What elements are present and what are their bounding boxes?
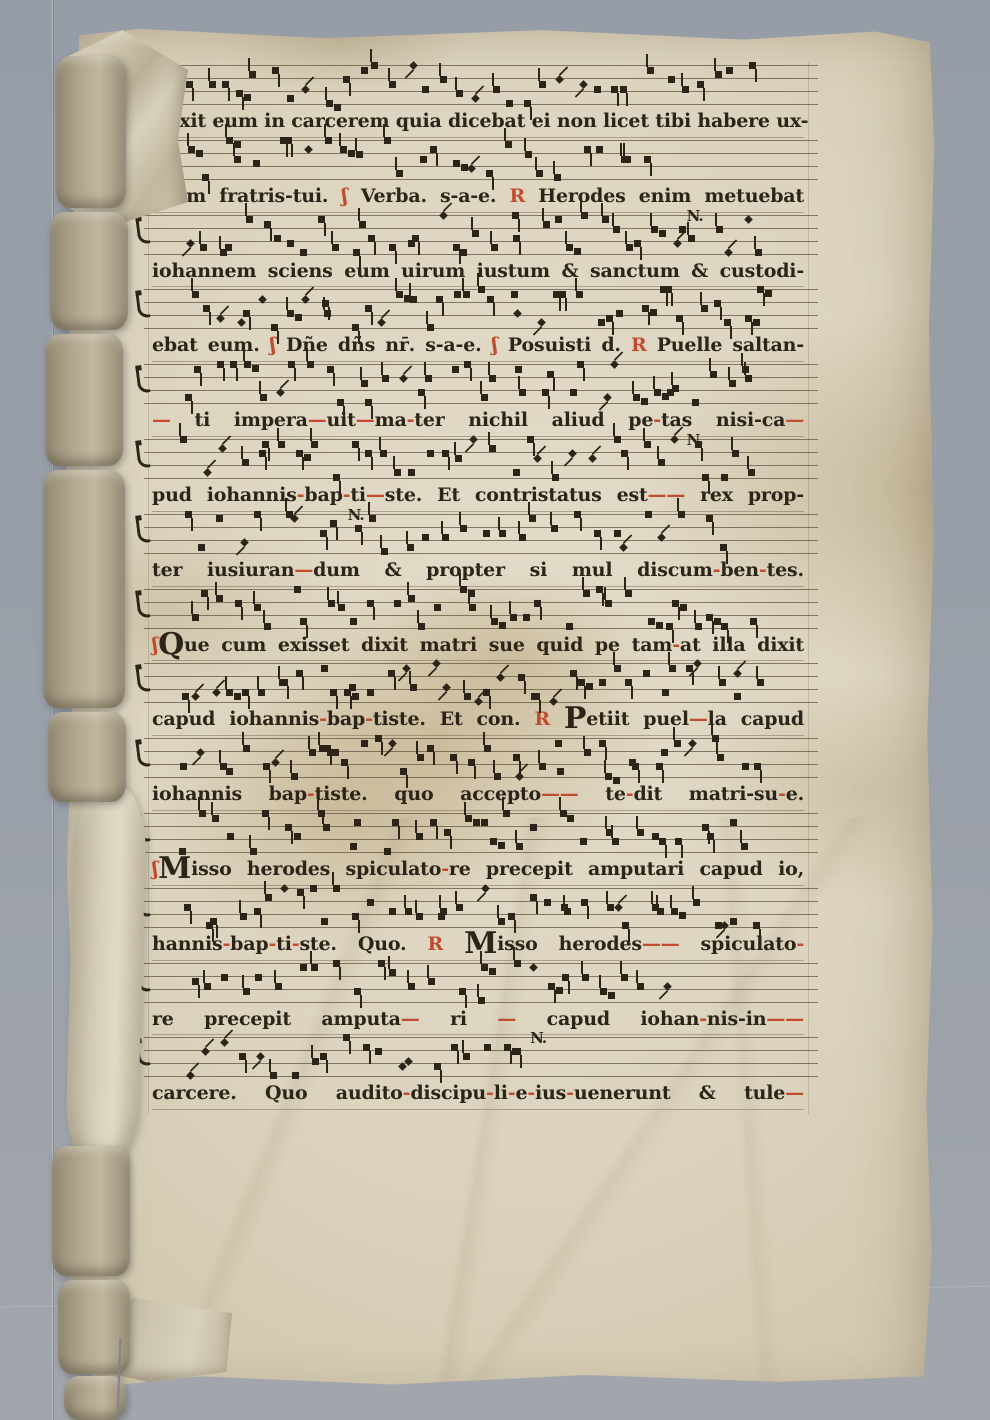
neume-icon bbox=[463, 1053, 470, 1060]
text-segment: — bbox=[689, 708, 708, 730]
neume-icon bbox=[297, 889, 304, 896]
neume-icon bbox=[579, 80, 588, 89]
text-segment: — bbox=[785, 1082, 804, 1104]
neume-icon bbox=[226, 768, 233, 775]
text-segment: - bbox=[566, 1082, 574, 1104]
neume-icon bbox=[742, 763, 749, 770]
neume-icon bbox=[715, 71, 722, 78]
neume-icon bbox=[410, 296, 417, 303]
neume-icon bbox=[533, 693, 540, 700]
text-segment: e bbox=[515, 1082, 527, 1104]
neume-icon bbox=[287, 240, 294, 247]
neume-icon bbox=[481, 884, 490, 893]
system: orem fratris-tui. ʃ Verba. s-a-e. R Hero… bbox=[152, 137, 804, 212]
neume-icon bbox=[513, 754, 520, 761]
neume-icon bbox=[203, 305, 210, 312]
binding-segment bbox=[45, 334, 123, 466]
text-line: capud iohannis-bap-tiste. Et con. R Peti… bbox=[152, 704, 804, 736]
neume-icon bbox=[534, 600, 541, 607]
text-segment: re precepit amputari capud io, bbox=[449, 858, 804, 880]
text-segment: - bbox=[653, 409, 661, 431]
text-segment: ti bbox=[276, 933, 292, 955]
neume-icon bbox=[184, 904, 191, 911]
neume-icon bbox=[745, 375, 752, 382]
custos-mark: N. bbox=[530, 1029, 546, 1047]
neume-icon bbox=[343, 1034, 350, 1041]
neume-icon bbox=[301, 85, 310, 94]
text-segment: dum & propter si mul discum bbox=[313, 559, 713, 581]
neume-icon bbox=[610, 360, 619, 369]
neume-icon bbox=[296, 670, 303, 677]
text-segment: dit matri-su bbox=[633, 783, 778, 805]
neume-icon bbox=[226, 689, 233, 696]
staff-line bbox=[144, 403, 818, 404]
neume-icon bbox=[430, 146, 437, 153]
neume-icon bbox=[237, 318, 246, 327]
neume-icon bbox=[625, 590, 632, 597]
neume-icon bbox=[489, 445, 496, 452]
staff-line bbox=[144, 179, 818, 180]
text-segment: carcere. Quo audito bbox=[152, 1082, 403, 1104]
neume-icon bbox=[750, 618, 757, 625]
text-segment: bap bbox=[230, 933, 268, 955]
neume-icon bbox=[198, 544, 205, 551]
neume-icon bbox=[225, 244, 232, 251]
text-segment: capud iohan bbox=[516, 1008, 699, 1030]
neume-icon bbox=[330, 689, 337, 696]
neume-icon bbox=[378, 960, 385, 967]
neume-icon bbox=[275, 983, 282, 990]
neume-icon bbox=[600, 988, 607, 995]
staff-line bbox=[144, 527, 818, 528]
neume-icon bbox=[637, 829, 644, 836]
neume-icon bbox=[332, 244, 339, 251]
neume-icon bbox=[693, 899, 700, 906]
staff-line bbox=[144, 553, 818, 554]
neume-icon bbox=[741, 843, 748, 850]
neume-icon bbox=[352, 441, 359, 448]
neume-icon bbox=[333, 960, 340, 967]
system: N.ter iusiuran—dum & propter si mul disc… bbox=[152, 511, 804, 586]
neume-icon bbox=[236, 90, 243, 97]
staff-line bbox=[144, 91, 818, 92]
text-line: re precepit amputa— ri — capud iohan-nis… bbox=[152, 1004, 804, 1036]
neume-icon bbox=[580, 838, 587, 845]
text-segment: e. bbox=[786, 783, 804, 805]
neume-icon bbox=[463, 291, 470, 298]
neume-icon bbox=[732, 450, 739, 457]
neume-icon bbox=[456, 904, 463, 911]
neume-icon bbox=[559, 291, 566, 298]
neume-icon bbox=[671, 908, 678, 915]
neume-icon bbox=[651, 226, 658, 233]
neume-icon bbox=[643, 670, 650, 677]
text-segment: uenerunt & tule bbox=[574, 1082, 785, 1104]
neume-icon bbox=[203, 468, 212, 477]
neume-icon bbox=[744, 215, 753, 224]
staff-line bbox=[144, 777, 818, 778]
neume-icon bbox=[325, 137, 332, 144]
neume-icon bbox=[287, 95, 294, 102]
text-line: ter iusiuran—dum & propter si mul discum… bbox=[152, 555, 804, 587]
neume-icon bbox=[606, 315, 613, 322]
neume-icon bbox=[453, 244, 460, 251]
neume-icon bbox=[498, 918, 505, 925]
staff bbox=[152, 62, 804, 106]
neume-icon bbox=[576, 291, 583, 298]
neume-icon bbox=[460, 586, 467, 593]
neume-icon bbox=[566, 244, 573, 251]
neume-icon bbox=[285, 824, 292, 831]
neume-icon bbox=[555, 216, 562, 223]
text-line: ʃMisso herodes spiculato-re precepit amp… bbox=[152, 854, 804, 886]
binding-segment bbox=[50, 212, 128, 330]
neume-icon bbox=[697, 81, 704, 88]
neume-icon bbox=[648, 618, 655, 625]
neume-icon bbox=[469, 604, 476, 611]
neume-icon bbox=[416, 833, 423, 840]
neume-icon bbox=[658, 459, 665, 466]
neume-icon bbox=[310, 885, 317, 892]
neume-icon bbox=[499, 530, 506, 537]
text-segment: uit bbox=[327, 409, 356, 431]
neume-icon bbox=[199, 810, 206, 817]
neume-icon bbox=[186, 81, 193, 88]
binding-segment bbox=[52, 1146, 130, 1276]
neume-icon bbox=[726, 67, 733, 74]
staff-line bbox=[144, 166, 818, 167]
neume-icon bbox=[369, 515, 376, 522]
neume-icon bbox=[612, 838, 619, 845]
neume-icon bbox=[489, 375, 496, 382]
neume-icon bbox=[714, 300, 721, 307]
neume-icon bbox=[478, 997, 485, 1004]
neume-icon bbox=[400, 768, 407, 775]
neume-icon bbox=[594, 86, 601, 93]
neume-icon bbox=[324, 310, 331, 317]
neume-icon bbox=[291, 773, 298, 780]
neume-icon bbox=[513, 235, 520, 242]
staff-line bbox=[144, 254, 818, 255]
neume-icon bbox=[321, 665, 328, 672]
text-segment: ebat eum. bbox=[152, 334, 270, 356]
text-segment: ʃ bbox=[342, 185, 361, 207]
staff bbox=[152, 137, 804, 181]
neume-icon bbox=[405, 908, 412, 915]
neume-icon bbox=[442, 683, 451, 692]
neume-icon bbox=[496, 674, 505, 683]
text-segment: ue cum exisset dixit matri sue quid pe t… bbox=[184, 634, 672, 656]
neume-icon bbox=[450, 754, 457, 761]
system: ʃQue cum exisset dixit matri sue quid pe… bbox=[152, 586, 804, 661]
neume-icon bbox=[624, 156, 631, 163]
neume-icon bbox=[647, 67, 654, 74]
neume-icon bbox=[724, 319, 731, 326]
text-segment: Herodes enim metuebat bbox=[538, 185, 804, 207]
neume-icon bbox=[432, 660, 441, 669]
music-block: unxit eum in carcerem quia dicebat ei no… bbox=[152, 62, 804, 1109]
neume-icon bbox=[668, 76, 675, 83]
neume-icon bbox=[754, 763, 761, 770]
neume-icon bbox=[388, 670, 395, 677]
neume-icon bbox=[343, 76, 350, 83]
text-segment: - bbox=[222, 933, 230, 955]
neume-icon bbox=[642, 305, 649, 312]
text-segment: ma bbox=[375, 409, 407, 431]
staff-line bbox=[144, 478, 818, 479]
neume-icon bbox=[757, 679, 764, 686]
text-segment: - bbox=[759, 559, 767, 581]
text-segment: P bbox=[564, 701, 586, 736]
staff bbox=[152, 361, 804, 405]
neume-icon bbox=[666, 623, 673, 630]
neume-icon bbox=[377, 318, 386, 327]
system: ebat eum. ʃ Dñe dñs nr̄. s-a-e. ʃ Posuis… bbox=[152, 286, 804, 361]
neume-icon bbox=[456, 90, 463, 97]
neume-icon bbox=[361, 67, 368, 74]
neume-icon bbox=[427, 745, 434, 752]
text-segment: - bbox=[778, 783, 786, 805]
neume-icon bbox=[562, 974, 569, 981]
neume-icon bbox=[468, 759, 475, 766]
neume-icon bbox=[707, 833, 714, 840]
neume-icon bbox=[326, 100, 333, 107]
neume-icon bbox=[180, 763, 187, 770]
neume-icon bbox=[361, 380, 368, 387]
neume-icon bbox=[300, 964, 307, 971]
neume-icon bbox=[614, 436, 621, 443]
neume-icon bbox=[564, 908, 571, 915]
neume-icon bbox=[455, 455, 462, 462]
neume-icon bbox=[399, 374, 408, 383]
neume-icon bbox=[548, 983, 555, 990]
neume-icon bbox=[582, 974, 589, 981]
neume-icon bbox=[674, 740, 681, 747]
text-segment: bap bbox=[304, 484, 342, 506]
neume-icon bbox=[583, 590, 590, 597]
neume-icon bbox=[491, 618, 498, 625]
neume-icon bbox=[753, 922, 760, 929]
neume-icon bbox=[490, 838, 497, 845]
neume-icon bbox=[527, 436, 534, 443]
neume-icon bbox=[710, 371, 717, 378]
neume-icon bbox=[513, 469, 520, 476]
neume-icon bbox=[354, 988, 361, 995]
staff-line bbox=[144, 65, 818, 66]
neume-icon bbox=[729, 380, 736, 387]
neume-icon bbox=[262, 441, 269, 448]
neume-icon bbox=[271, 324, 278, 331]
neume-icon bbox=[367, 689, 374, 696]
neume-icon bbox=[191, 692, 200, 701]
neume-icon bbox=[416, 913, 423, 920]
staff: N. bbox=[152, 511, 804, 555]
neume-icon bbox=[202, 174, 209, 181]
neume-icon bbox=[407, 544, 414, 551]
neume-icon bbox=[240, 913, 247, 920]
binding-segment bbox=[56, 56, 126, 208]
neume-icon bbox=[188, 146, 195, 153]
system: capud iohannis-bap-tiste. Et con. R Peti… bbox=[152, 660, 804, 735]
neume-icon bbox=[371, 62, 378, 69]
neume-icon bbox=[453, 160, 460, 167]
neume-icon bbox=[254, 604, 261, 611]
neume-icon bbox=[292, 1072, 299, 1079]
text-line: carcere. Quo audito-discipu-li-e-ius-uen… bbox=[152, 1078, 804, 1110]
text-segment: ter iusiuran bbox=[152, 559, 294, 581]
text-segment: re precepit amputa bbox=[152, 1008, 401, 1030]
text-segment: M bbox=[158, 851, 191, 886]
text-segment: - bbox=[527, 1082, 535, 1104]
neume-icon bbox=[594, 530, 601, 537]
neume-icon bbox=[602, 216, 609, 223]
staff bbox=[152, 735, 804, 779]
text-segment: nis-in bbox=[707, 1008, 766, 1030]
neume-icon bbox=[408, 595, 415, 602]
neume-icon bbox=[417, 754, 424, 761]
neume-icon bbox=[192, 614, 199, 621]
neume-icon bbox=[547, 371, 554, 378]
neume-icon bbox=[350, 843, 357, 850]
neume-icon bbox=[644, 156, 651, 163]
neume-icon bbox=[440, 908, 447, 915]
text-segment: isso herodes spiculato bbox=[191, 858, 441, 880]
neume-icon bbox=[221, 1038, 230, 1047]
text-segment: —— bbox=[766, 1008, 804, 1030]
neume-icon bbox=[287, 310, 294, 317]
neume-icon bbox=[701, 305, 708, 312]
neume-icon bbox=[494, 773, 501, 780]
text-segment: iohannis bap bbox=[152, 783, 307, 805]
neume-icon bbox=[604, 393, 613, 402]
neume-icon bbox=[285, 137, 292, 144]
neume-icon bbox=[262, 810, 269, 817]
neume-icon bbox=[533, 454, 542, 463]
neume-icon bbox=[665, 286, 672, 293]
neume-icon bbox=[530, 894, 537, 901]
neume-icon bbox=[557, 768, 564, 775]
staff-line bbox=[144, 104, 818, 105]
neume-icon bbox=[695, 441, 702, 448]
staff bbox=[152, 660, 804, 704]
neume-icon bbox=[529, 963, 538, 972]
neume-icon bbox=[567, 815, 574, 822]
neume-icon bbox=[464, 693, 471, 700]
neume-icon bbox=[311, 964, 318, 971]
neume-icon bbox=[706, 515, 713, 522]
neume-icon bbox=[465, 815, 472, 822]
text-segment: - bbox=[699, 1008, 707, 1030]
neume-icon bbox=[271, 758, 280, 767]
neume-icon bbox=[552, 474, 559, 481]
neume-icon bbox=[368, 235, 375, 242]
neume-icon bbox=[392, 819, 399, 826]
neume-icon bbox=[412, 235, 419, 242]
neume-icon bbox=[508, 913, 515, 920]
neume-icon bbox=[530, 824, 537, 831]
text-segment: ri bbox=[420, 1008, 498, 1030]
neume-icon bbox=[436, 296, 443, 303]
staff-line bbox=[144, 328, 818, 329]
text-segment: ʃ bbox=[492, 334, 508, 356]
neume-icon bbox=[256, 1052, 265, 1061]
neume-icon bbox=[200, 244, 207, 251]
text-segment: te bbox=[579, 783, 626, 805]
staff-line bbox=[144, 901, 818, 902]
neume-icon bbox=[381, 548, 388, 555]
neume-icon bbox=[380, 450, 387, 457]
neume-icon bbox=[246, 216, 253, 223]
neume-icon bbox=[242, 689, 249, 696]
neume-icon bbox=[749, 62, 756, 69]
neume-icon bbox=[333, 885, 340, 892]
staff-line bbox=[144, 1037, 818, 1038]
neume-icon bbox=[349, 684, 356, 691]
text-segment: —— bbox=[648, 484, 686, 506]
neume-icon bbox=[459, 988, 466, 995]
neume-icon bbox=[389, 969, 396, 976]
neume-icon bbox=[634, 240, 641, 247]
system: N.pud iohannis-bap-ti—ste. Et contristat… bbox=[152, 436, 804, 511]
neume-icon bbox=[217, 361, 224, 368]
neume-icon bbox=[270, 1072, 277, 1079]
neume-icon bbox=[255, 974, 262, 981]
neume-icon bbox=[296, 450, 303, 457]
neume-icon bbox=[478, 286, 485, 293]
neume-icon bbox=[253, 160, 260, 167]
text-segment: li bbox=[494, 1082, 508, 1104]
text-segment: Q bbox=[158, 627, 184, 662]
neume-icon bbox=[427, 450, 434, 457]
neume-icon bbox=[570, 389, 577, 396]
neume-icon bbox=[221, 974, 228, 981]
neume-icon bbox=[375, 735, 382, 742]
text-segment: - bbox=[796, 933, 804, 955]
neume-icon bbox=[180, 436, 187, 443]
neume-icon bbox=[472, 230, 479, 237]
neume-icon bbox=[384, 848, 391, 855]
neume-icon bbox=[554, 174, 561, 181]
neume-icon bbox=[321, 918, 328, 925]
text-segment: spiculato bbox=[680, 933, 797, 955]
neume-icon bbox=[678, 511, 685, 518]
staff: N. bbox=[152, 1034, 804, 1078]
text-segment: la capud bbox=[708, 708, 804, 730]
neume-icon bbox=[688, 739, 697, 748]
neume-icon bbox=[212, 815, 219, 822]
neume-icon bbox=[512, 212, 519, 219]
neume-icon bbox=[719, 679, 726, 686]
text-segment: — bbox=[294, 559, 313, 581]
neume-icon bbox=[182, 693, 189, 700]
staff-line bbox=[144, 852, 818, 853]
neume-icon bbox=[309, 749, 316, 756]
neume-icon bbox=[596, 586, 603, 593]
system: — ti impera—uit—ma-ter nichil aliud pe-t… bbox=[152, 361, 804, 436]
neume-icon bbox=[599, 740, 606, 747]
neume-icon bbox=[607, 904, 614, 911]
neume-icon bbox=[614, 903, 623, 912]
text-line: unxit eum in carcerem quia dicebat ei no… bbox=[152, 106, 804, 138]
neume-icon bbox=[599, 679, 606, 686]
text-segment: tes. bbox=[767, 559, 804, 581]
neume-icon bbox=[598, 319, 605, 326]
neume-icon bbox=[537, 318, 546, 327]
neume-icon bbox=[355, 525, 362, 532]
neume-icon bbox=[584, 146, 591, 153]
neume-icon bbox=[734, 693, 741, 700]
neume-icon bbox=[365, 399, 372, 406]
